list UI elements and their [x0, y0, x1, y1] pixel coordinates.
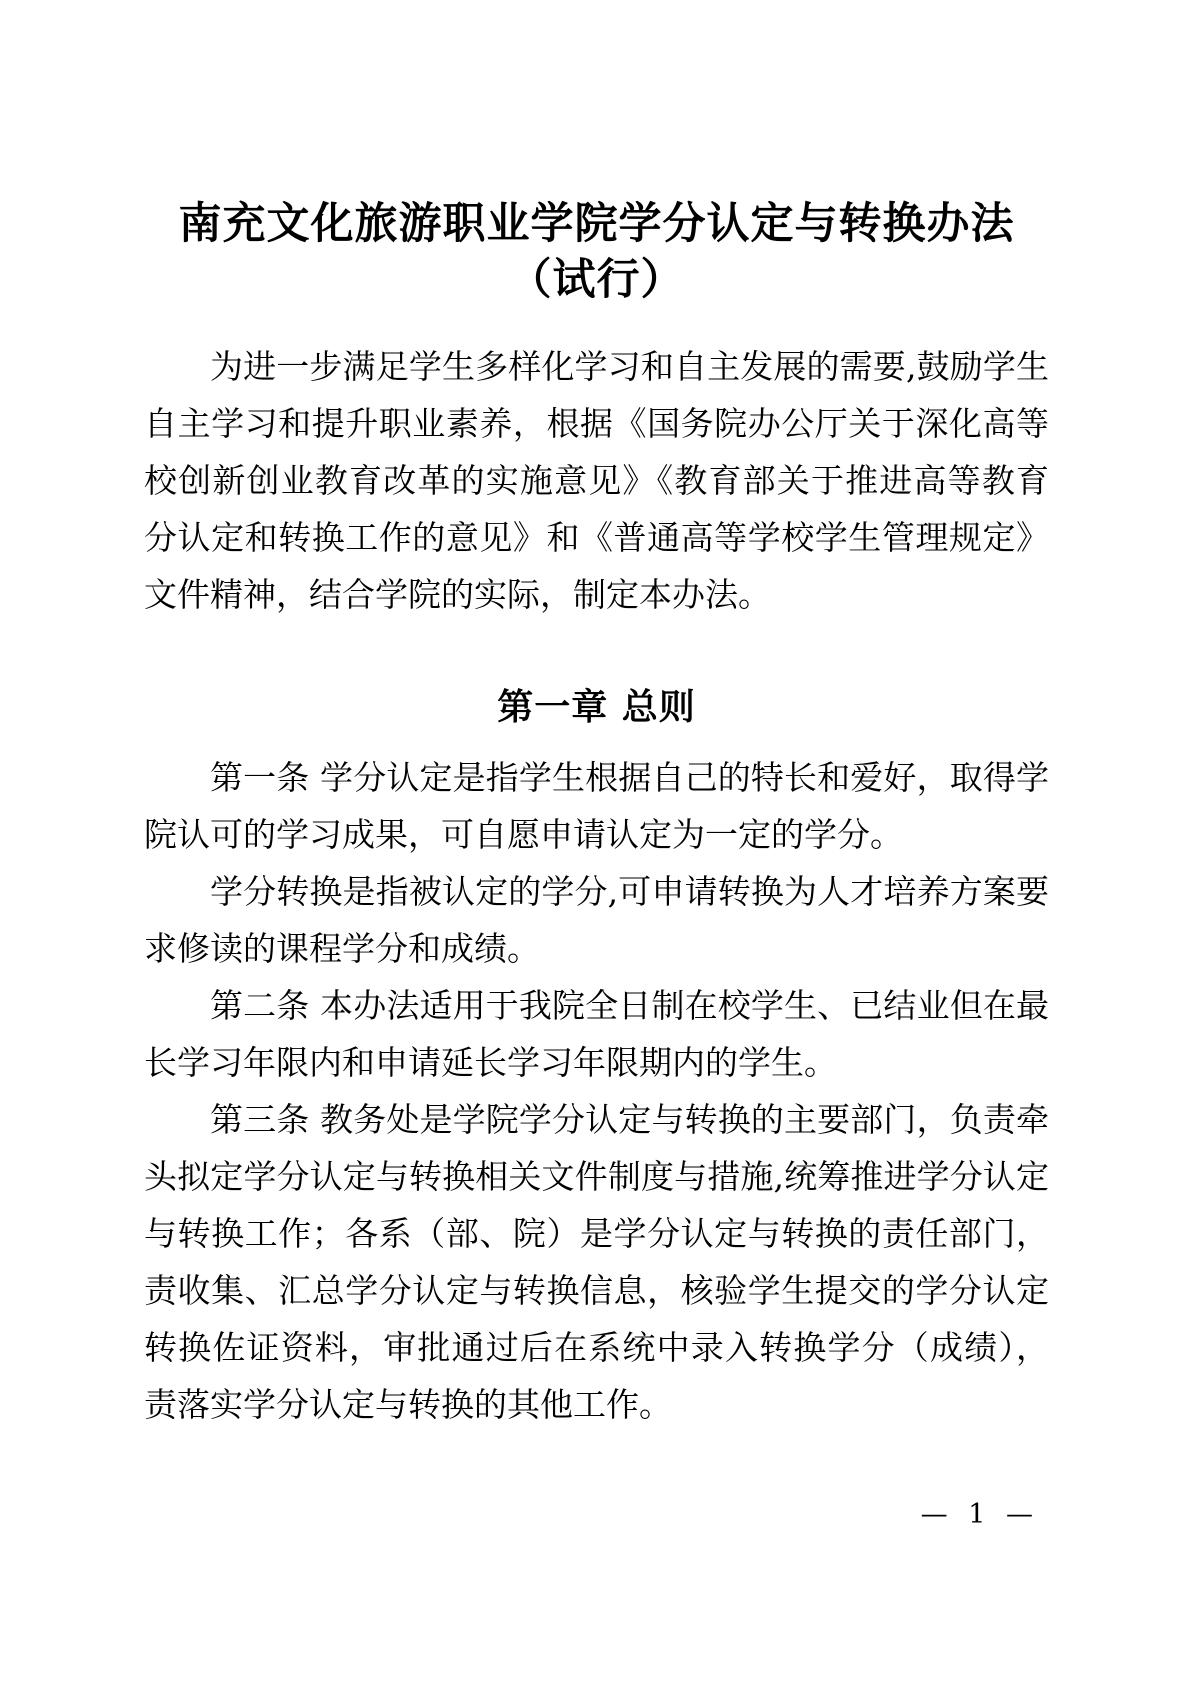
title-line-1: 南充文化旅游职业学院学分认定与转换办法 — [144, 196, 1049, 252]
paragraph: 第二条 本办法适用于我院全日制在校学生、已结业但在最长学习年限内和申请延长学习年… — [144, 977, 1049, 1091]
paragraph: 第三条 教务处是学院学分认定与转换的主要部门，负责牵头拟定学分认定与转换相关文件… — [144, 1091, 1049, 1433]
text-line: 校创新创业教育改革的实施意见》《教育部关于推进高等教育学 — [144, 452, 1049, 509]
text-line: 责落实学分认定与转换的其他工作。 — [144, 1376, 1049, 1433]
page-number: — 1 — — [921, 1498, 1039, 1532]
section-heading: 第一章 总则 — [144, 683, 1049, 733]
text-line: 第二条 本办法适用于我院全日制在校学生、已结业但在最 — [144, 977, 1049, 1034]
text-line: 学分转换是指被认定的学分,可申请转换为人才培养方案要 — [144, 863, 1049, 920]
text-line: 求修读的课程学分和成绩。 — [144, 920, 1049, 977]
text-line: 院认可的学习成果，可自愿申请认定为一定的学分。 — [144, 806, 1049, 863]
text-line: 责收集、汇总学分认定与转换信息，核验学生提交的学分认定与 — [144, 1262, 1049, 1319]
text-line: 头拟定学分认定与转换相关文件制度与措施,统筹推进学分认定 — [144, 1148, 1049, 1205]
paragraph: 为进一步满足学生多样化学习和自主发展的需要,鼓励学生自主学习和提升职业素养，根据… — [144, 338, 1049, 623]
document-title: 南充文化旅游职业学院学分认定与转换办法 （试行） — [144, 196, 1049, 308]
text-line: 第三条 教务处是学院学分认定与转换的主要部门，负责牵 — [144, 1091, 1049, 1148]
document-page: 南充文化旅游职业学院学分认定与转换办法 （试行） 为进一步满足学生多样化学习和自… — [0, 0, 1191, 1684]
text-line: 分认定和转换工作的意见》和《普通高等学校学生管理规定》等 — [144, 509, 1049, 566]
text-line: 长学习年限内和申请延长学习年限期内的学生。 — [144, 1034, 1049, 1091]
paragraph: 学分转换是指被认定的学分,可申请转换为人才培养方案要求修读的课程学分和成绩。 — [144, 863, 1049, 977]
text-line: 第一条 学分认定是指学生根据自己的特长和爱好，取得学 — [144, 749, 1049, 806]
text-line: 为进一步满足学生多样化学习和自主发展的需要,鼓励学生 — [144, 338, 1049, 395]
text-line: 转换佐证资料，审批通过后在系统中录入转换学分（成绩），负 — [144, 1319, 1049, 1376]
text-line: 自主学习和提升职业素养，根据《国务院办公厅关于深化高等学 — [144, 395, 1049, 452]
text-line: 文件精神，结合学院的实际，制定本办法。 — [144, 566, 1049, 623]
text-line: 与转换工作；各系（部、院）是学分认定与转换的责任部门，负 — [144, 1205, 1049, 1262]
document-body: 为进一步满足学生多样化学习和自主发展的需要,鼓励学生自主学习和提升职业素养，根据… — [144, 338, 1049, 1433]
paragraph: 第一条 学分认定是指学生根据自己的特长和爱好，取得学院认可的学习成果，可自愿申请… — [144, 749, 1049, 863]
title-line-2: （试行） — [144, 252, 1049, 308]
